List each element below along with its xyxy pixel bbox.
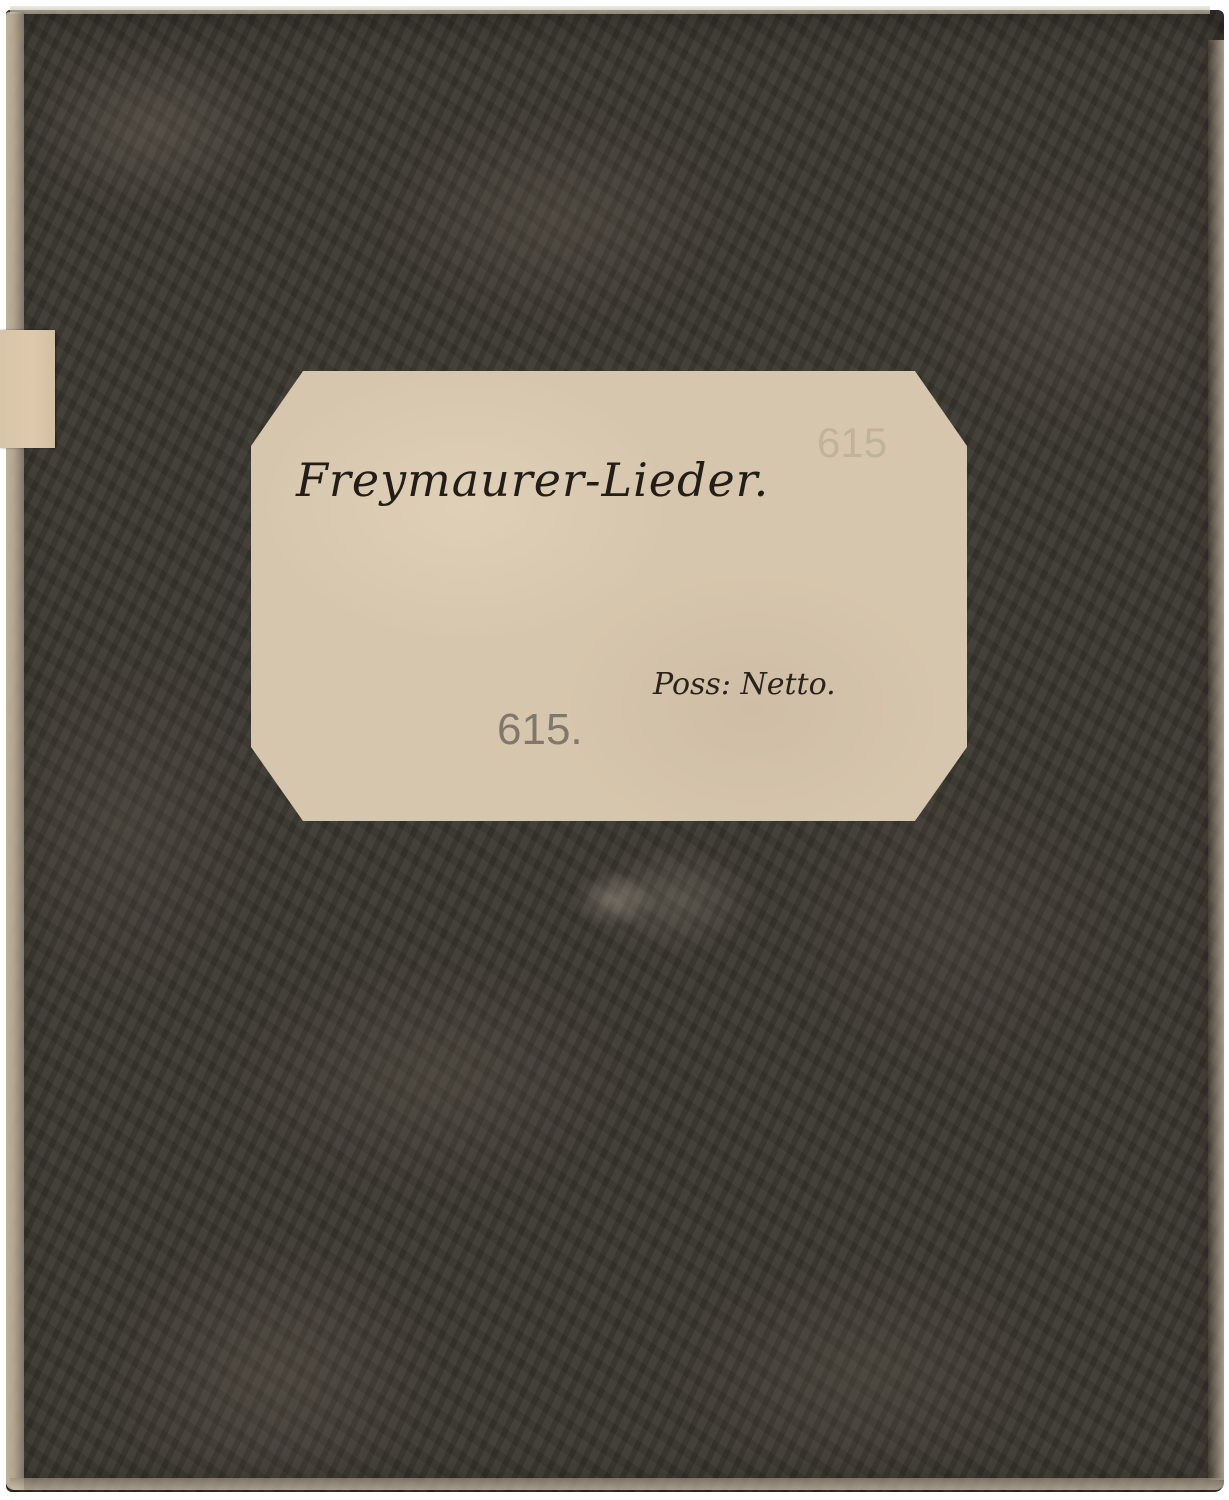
spine-paper-tab bbox=[0, 330, 55, 448]
faint-shelfmark: 615 bbox=[817, 419, 887, 467]
shelfmark-number: 615. bbox=[497, 705, 583, 755]
cover-right-edge bbox=[1208, 40, 1224, 1480]
owner-note: Poss: Netto. bbox=[653, 667, 836, 702]
title-label: 615 Freymaurer-Lieder. Poss: Netto. 615. bbox=[251, 371, 967, 821]
cover-bottom-edge bbox=[10, 1478, 1224, 1490]
label-title: Freymaurer-Lieder. bbox=[296, 453, 769, 507]
cover-top-edge bbox=[10, 6, 1210, 14]
spine-edge bbox=[6, 12, 24, 1490]
